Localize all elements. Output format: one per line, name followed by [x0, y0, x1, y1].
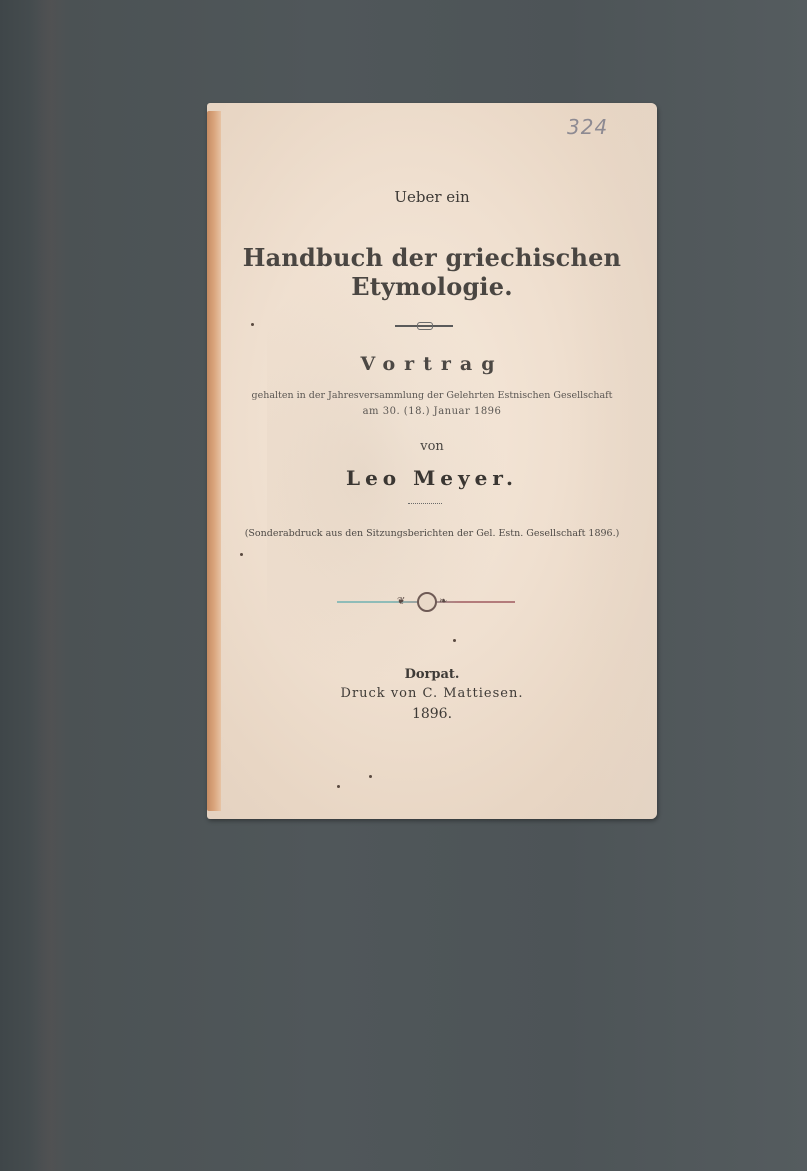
imprint-year: 1896.	[207, 706, 657, 722]
author-name: Leo Meyer.	[207, 466, 657, 490]
foxing-spot	[337, 785, 340, 788]
ornament-rule-small	[408, 503, 442, 504]
foxing-spot	[369, 775, 372, 778]
fleuron-right-icon: ❧	[439, 596, 447, 607]
handwritten-number: 324	[567, 115, 608, 139]
rosette-icon	[417, 592, 437, 612]
occasion-line-2: am 30. (18.) Januar 1896	[207, 406, 657, 417]
book-title: Handbuch der griechischen Etymologie.	[207, 243, 657, 301]
pretitle: Ueber ein	[207, 188, 657, 206]
foxing-spot	[240, 553, 243, 556]
reprint-note: (Sonderabdruck aus den Sitzungsberichten…	[207, 528, 657, 539]
title-page: 324 Ueber ein Handbuch der griechischen …	[207, 103, 657, 819]
fleuron-left-icon: ❦	[397, 596, 405, 607]
by-label: von	[207, 439, 657, 454]
genre-heading: Vortrag	[207, 353, 657, 375]
imprint-printer: Druck von C. Mattiesen.	[207, 686, 657, 701]
ornament-rule-top	[395, 325, 453, 331]
background-scan-surface	[30, 0, 70, 1171]
foxing-spot	[251, 323, 254, 326]
occasion-line-1: gehalten in der Jahresversammlung der Ge…	[207, 390, 657, 401]
foxing-spot	[453, 639, 456, 642]
imprint-place: Dorpat.	[207, 667, 657, 682]
